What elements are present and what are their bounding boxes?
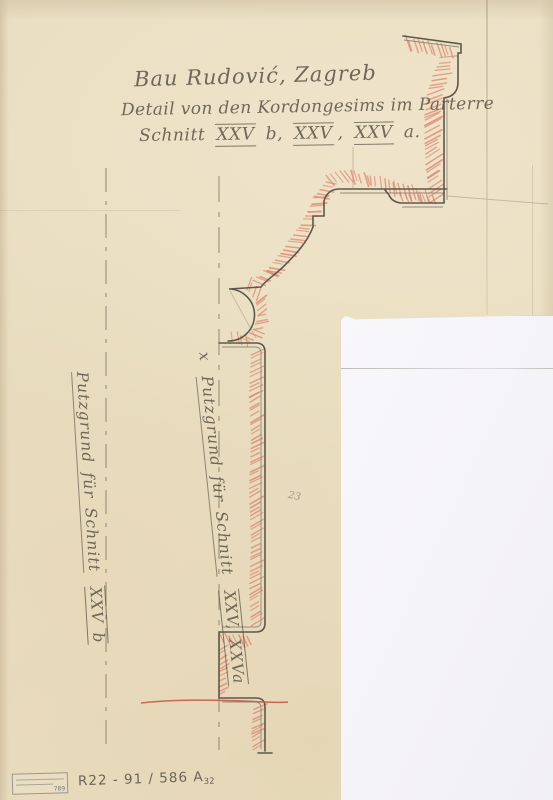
construction-lines [230, 147, 548, 338]
section-xxv: XXV [293, 122, 334, 146]
stamp-text-row [16, 778, 64, 780]
axis-lines [106, 168, 219, 750]
overlay-paper-crease [341, 368, 553, 369]
x-mark: x [195, 351, 214, 363]
red-crayon-line [141, 700, 288, 703]
section-suffix-a: a. [404, 122, 421, 142]
upper-profile [385, 36, 461, 203]
stamp-number: 789 [54, 785, 66, 792]
drawing-sheet: Bau Rudović, Zagreb Detail von den Kordo… [0, 0, 553, 800]
section-xxv-b: XXV [215, 123, 256, 147]
schnitt-word: Schnitt [139, 125, 206, 146]
catalog-number-sub: 32 [204, 777, 215, 787]
catalog-number-main: R22 - 91 / 586 A [78, 769, 204, 789]
stamp-text-row [16, 784, 53, 786]
section-xxv-a: XXV [353, 121, 394, 145]
left-annotation-section: XXV b [84, 585, 109, 645]
archive-stamp: 789 [12, 772, 69, 794]
overlay-paper [341, 315, 553, 800]
comma: , [337, 123, 343, 143]
section-suffix-b: b, [266, 124, 284, 144]
title-line-3: Schnitt XXV b, XXV , XXV a. [139, 122, 425, 146]
pencil-note: 23 [287, 490, 302, 503]
